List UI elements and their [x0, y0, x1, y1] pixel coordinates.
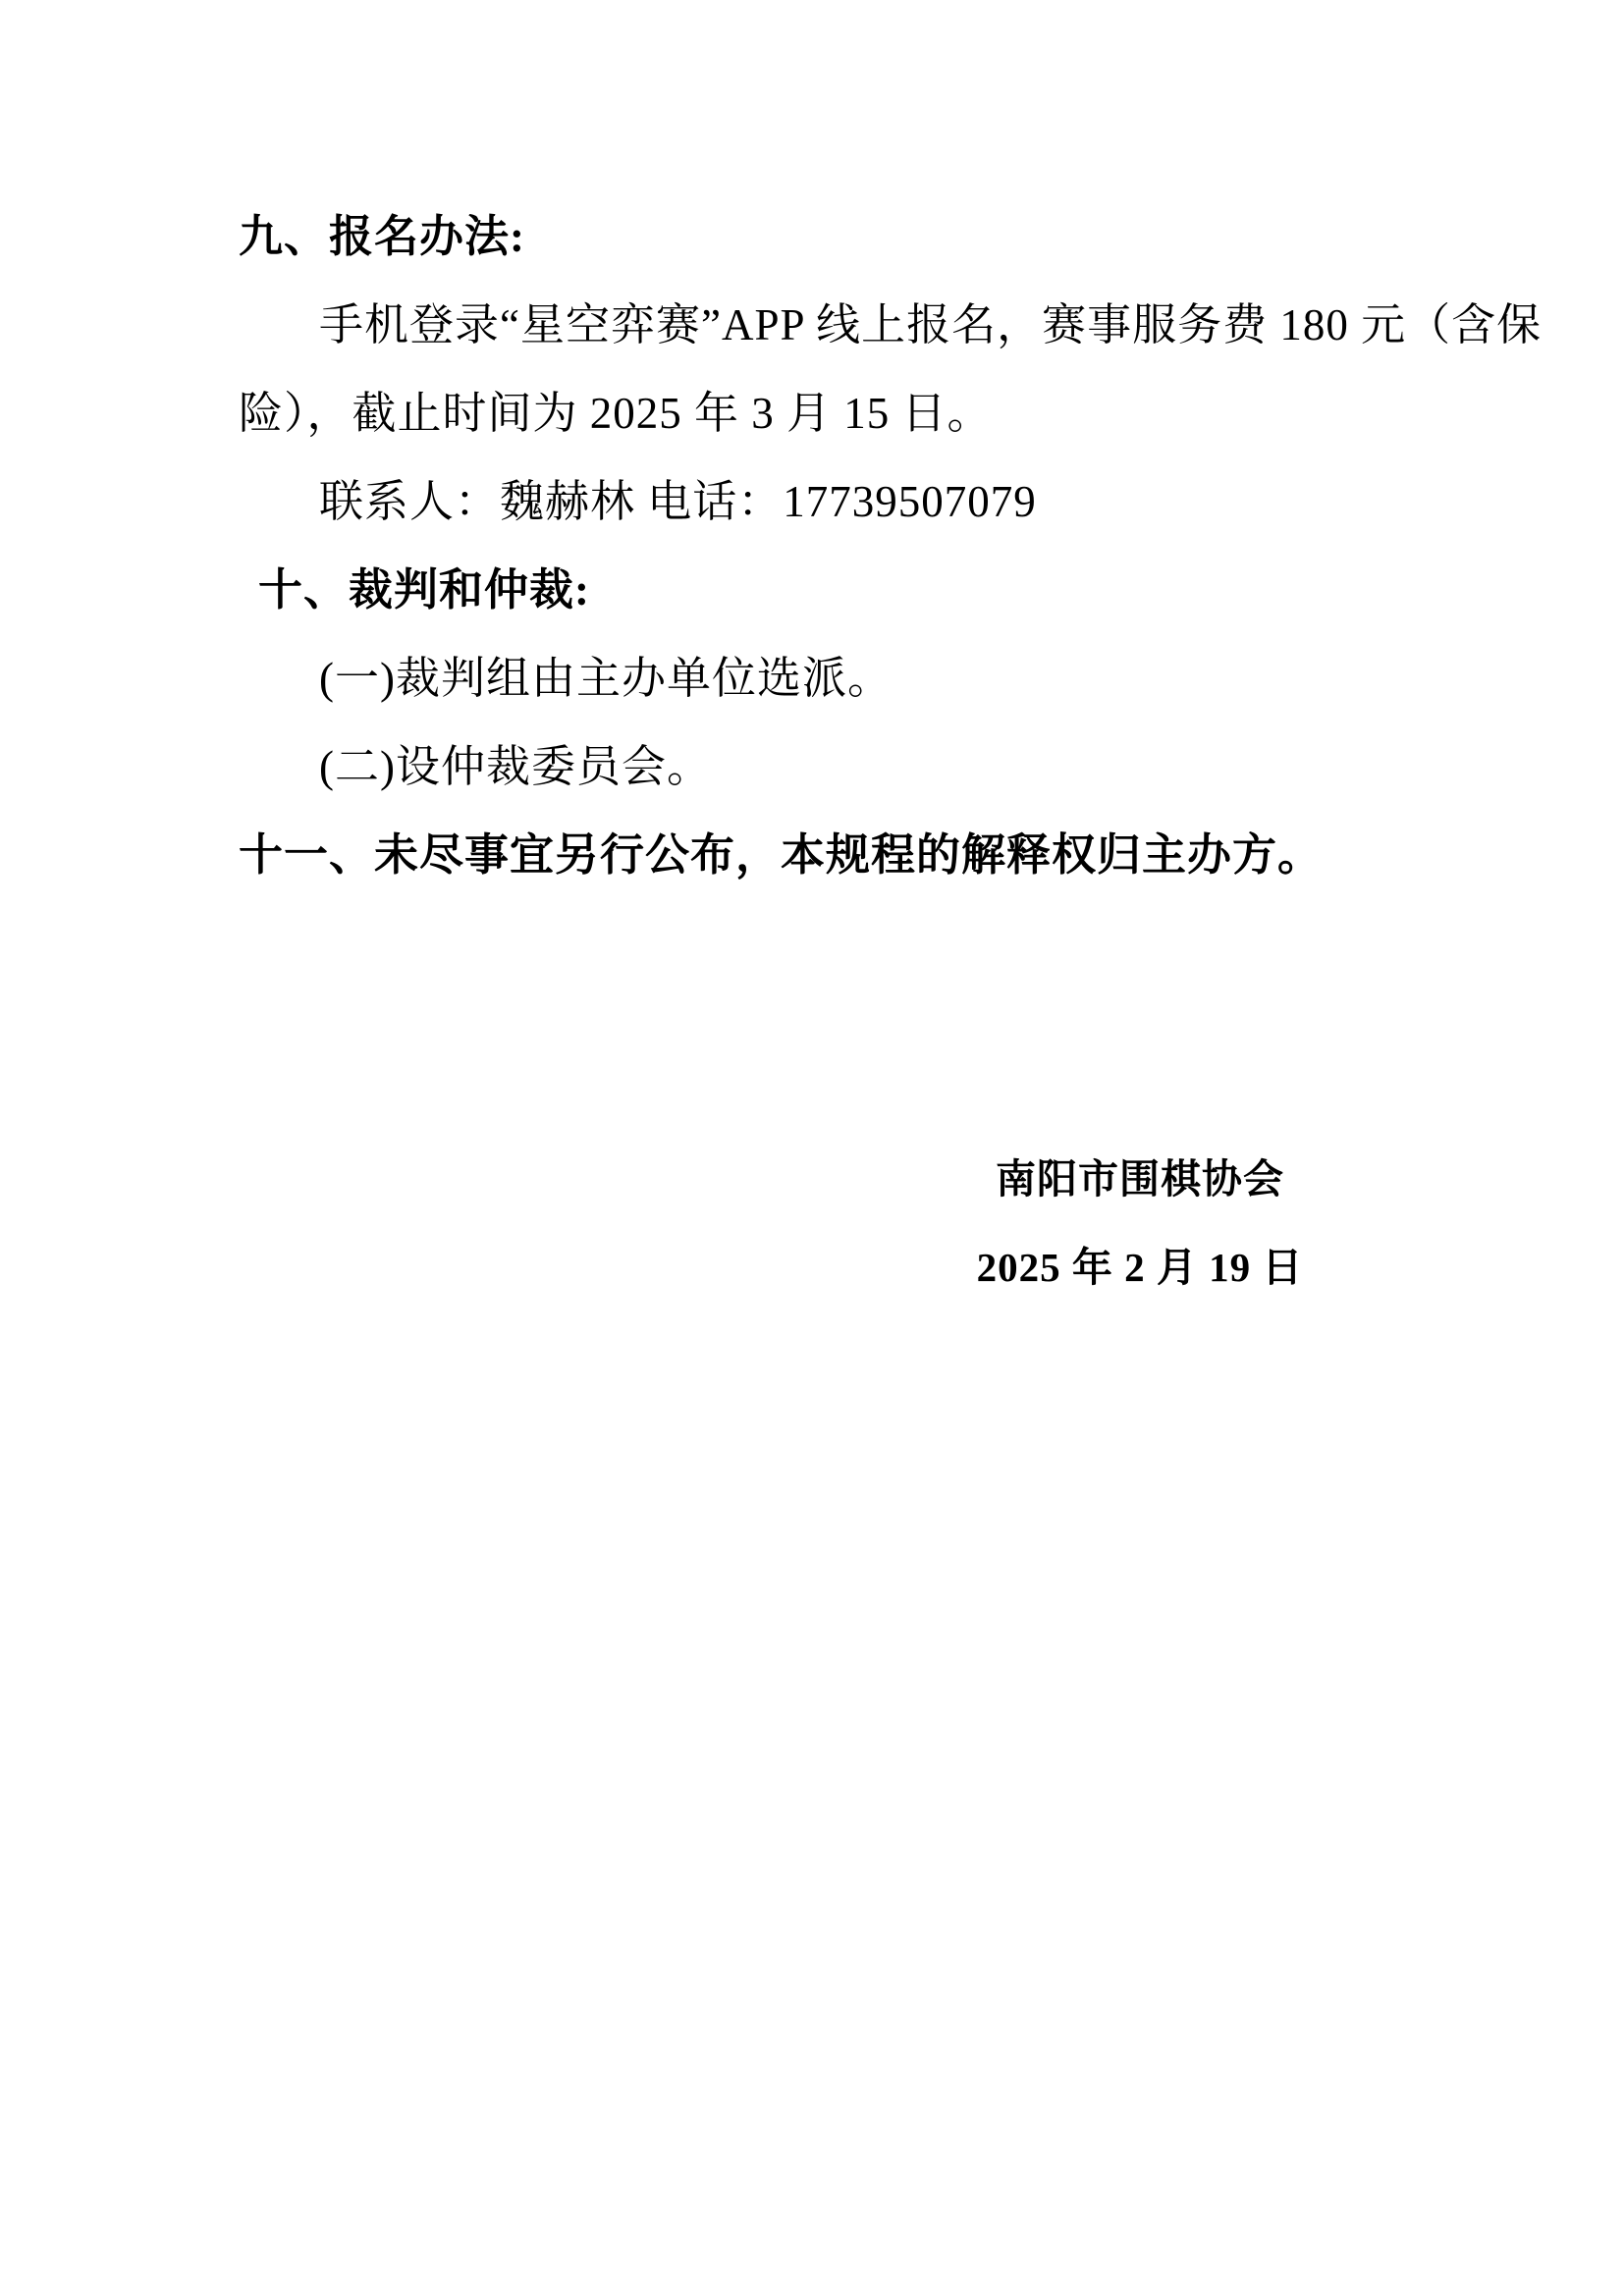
list-item-referee: (一)裁判组由主办单位选派。	[239, 634, 1394, 722]
document-page: 九、报名办法: 手机登录“星空弈赛”APP 线上报名，赛事服务费 180 元（含…	[0, 0, 1624, 2296]
paragraph-registration-line1: 手机登录“星空弈赛”APP 线上报名，赛事服务费 180 元（含保	[239, 281, 1394, 369]
heading-registration-method: 九、报名办法:	[239, 192, 1394, 281]
paragraph-contact: 联系人：魏赫林 电话：17739507079	[239, 457, 1394, 546]
document-content: 九、报名办法: 手机登录“星空弈赛”APP 线上报名，赛事服务费 180 元（含…	[239, 192, 1394, 1311]
signature-block: 南阳市围棋协会 2025 年 2 月 19 日	[914, 1135, 1366, 1311]
signature-date: 2025 年 2 月 19 日	[914, 1223, 1366, 1311]
heading-referee-arbitration: 十、裁判和仲裁:	[239, 546, 1394, 634]
heading-miscellaneous: 十一、未尽事宜另行公布，本规程的解释权归主办方。	[239, 811, 1394, 899]
signature-organization: 南阳市围棋协会	[914, 1135, 1366, 1223]
paragraph-registration-line2: 险），截止时间为 2025 年 3 月 15 日。	[239, 369, 1394, 457]
list-item-arbitration-committee: (二)设仲裁委员会。	[239, 722, 1394, 811]
